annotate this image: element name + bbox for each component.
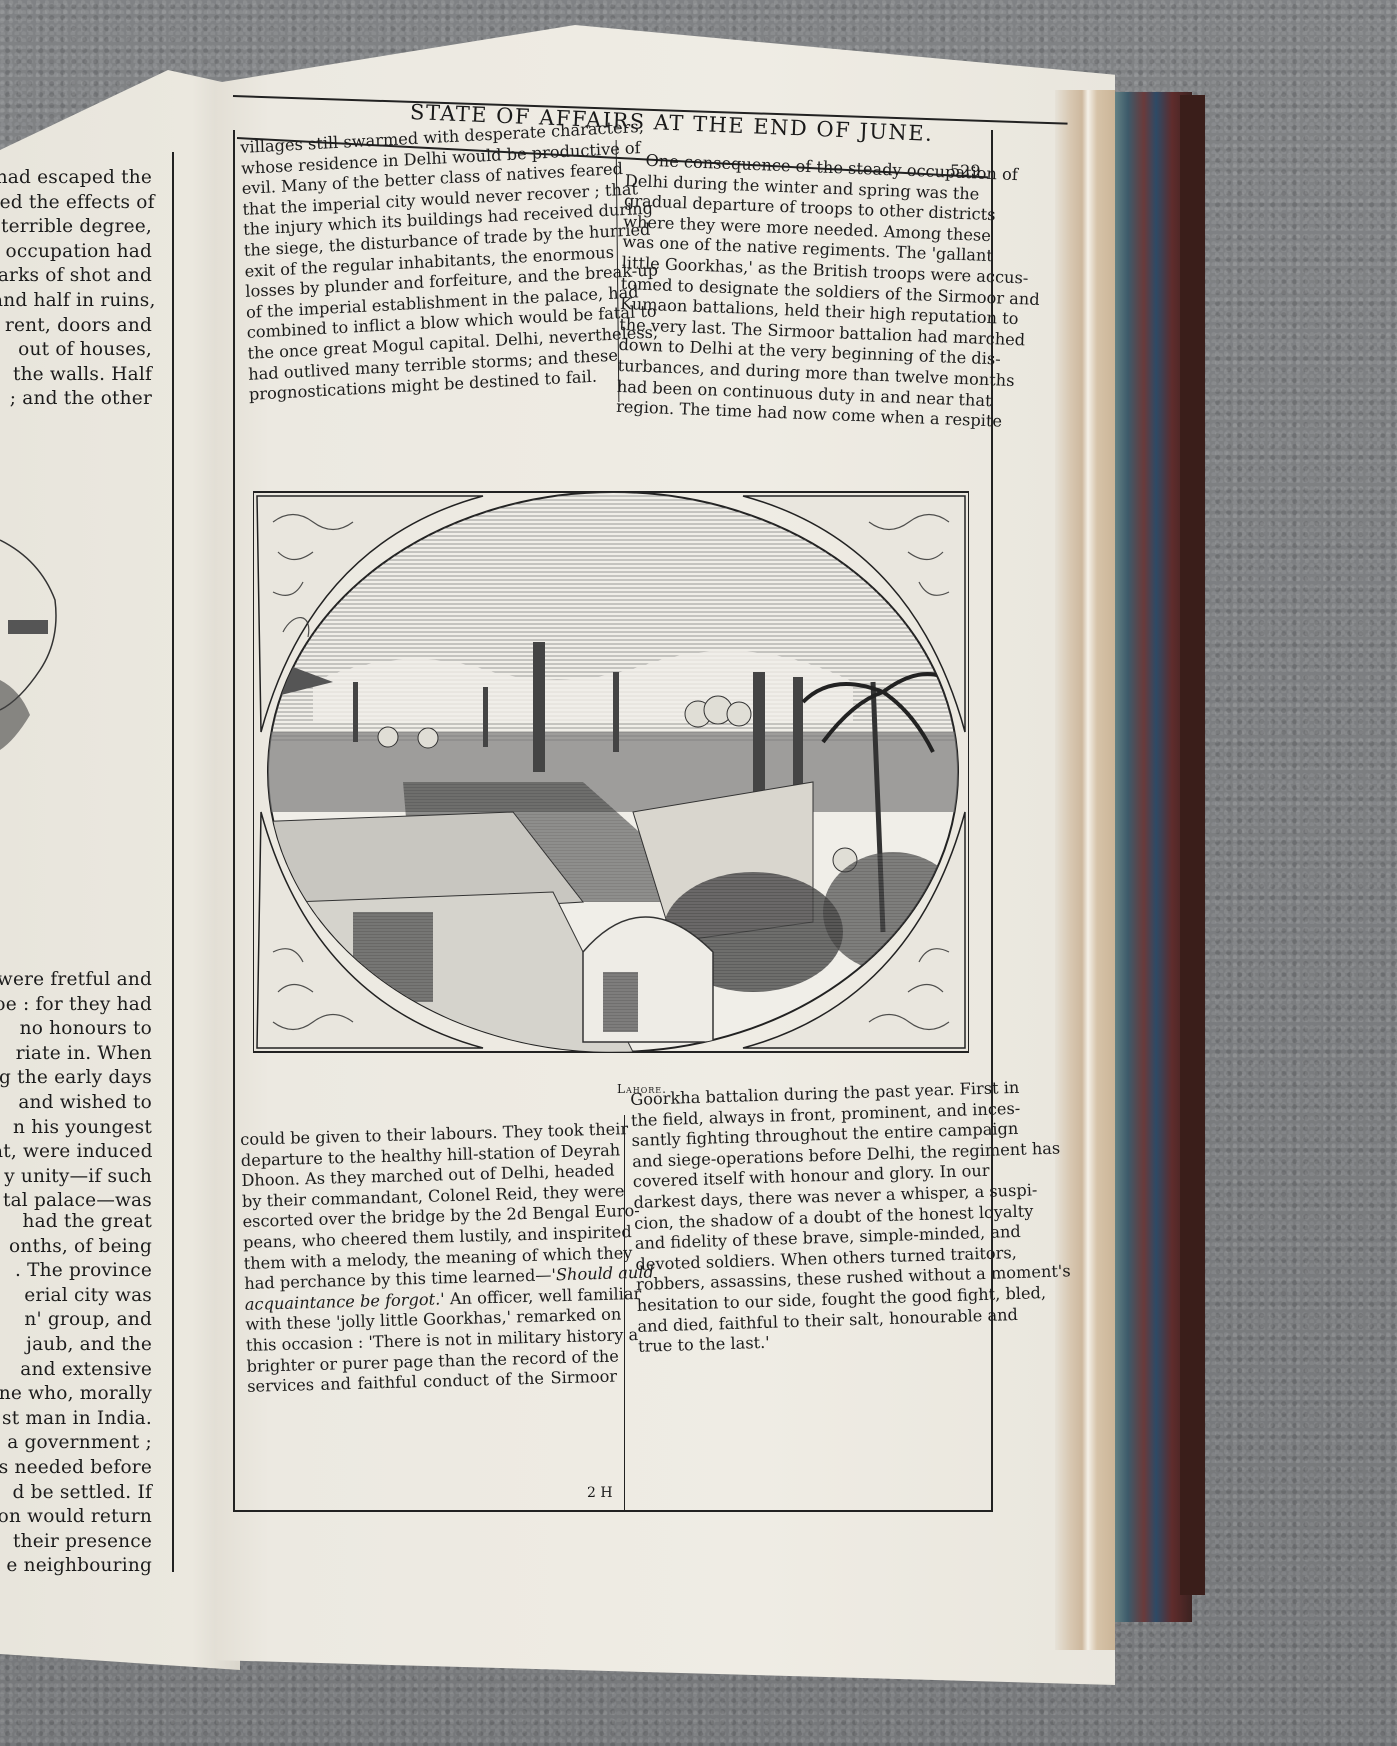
text-line: riate in. When [0, 1042, 152, 1067]
left-page-text-bottom: had the great onths, of being . The prov… [0, 1210, 152, 1579]
text-line: ne who, morally [0, 1382, 152, 1407]
text-line: out of houses, [0, 338, 152, 363]
page-fore-edge [1055, 90, 1115, 1650]
text-line: . The province [0, 1259, 152, 1284]
text-line: at, were induced [0, 1140, 152, 1165]
text-line: on would return [0, 1505, 152, 1530]
text-column-top-right: One consequence of the steady occupation… [616, 150, 976, 431]
cover-board-edge [1180, 95, 1205, 1595]
text-column-bottom-left: could be given to their labours. They to… [240, 1120, 617, 1398]
text-line: terrible degree, [0, 215, 152, 240]
text-line: l occupation had [0, 240, 152, 265]
text-line: s needed before [0, 1456, 152, 1481]
text-line: had escaped the [0, 166, 152, 191]
text-line: oe : for they had [0, 993, 152, 1018]
text-line: n' group, and [0, 1308, 152, 1333]
text-line: st man in India. [0, 1407, 152, 1432]
text-line: and wished to [0, 1091, 152, 1116]
text-line: rent, doors and [0, 314, 152, 339]
text-line: e neighbouring [0, 1554, 152, 1579]
text-line: n his youngest [0, 1116, 152, 1141]
text-line: arks of shot and [0, 264, 152, 289]
text-line: the walls. Half [0, 363, 152, 388]
text-line: ; and the other [0, 387, 152, 412]
text-line: ted the effects of [0, 191, 152, 216]
text-line: were fretful and [0, 968, 152, 993]
signature-mark: 2 H [587, 1485, 613, 1501]
text-line: no honours to [0, 1017, 152, 1042]
text-line: jaub, and the [0, 1333, 152, 1358]
text-line: and half in ruins, [0, 289, 152, 314]
text-line: onths, of being [0, 1235, 152, 1260]
text-line: d be settled. If [0, 1481, 152, 1506]
text-column-bottom-right: Goorkha battalion during the past year. … [630, 1079, 993, 1358]
left-page-text-middle: were fretful and oe : for they had no ho… [0, 968, 152, 1214]
text-column-top-left: villages still swarmed with desperate ch… [240, 119, 614, 406]
text-line: a government ; [0, 1431, 152, 1456]
left-page-illustration-fragment [0, 500, 70, 760]
text-line: had the great [0, 1210, 152, 1235]
text-line: y unity—if such [0, 1165, 152, 1190]
text-line: erial city was [0, 1284, 152, 1309]
lahore-engraving [253, 482, 969, 1056]
left-page-text-top: had escaped the ted the effects of terri… [0, 166, 152, 412]
text-line: their presence [0, 1530, 152, 1555]
text-line: g the early days [0, 1066, 152, 1091]
text-line: and extensive [0, 1358, 152, 1383]
column-divider-bottom [624, 1115, 625, 1510]
